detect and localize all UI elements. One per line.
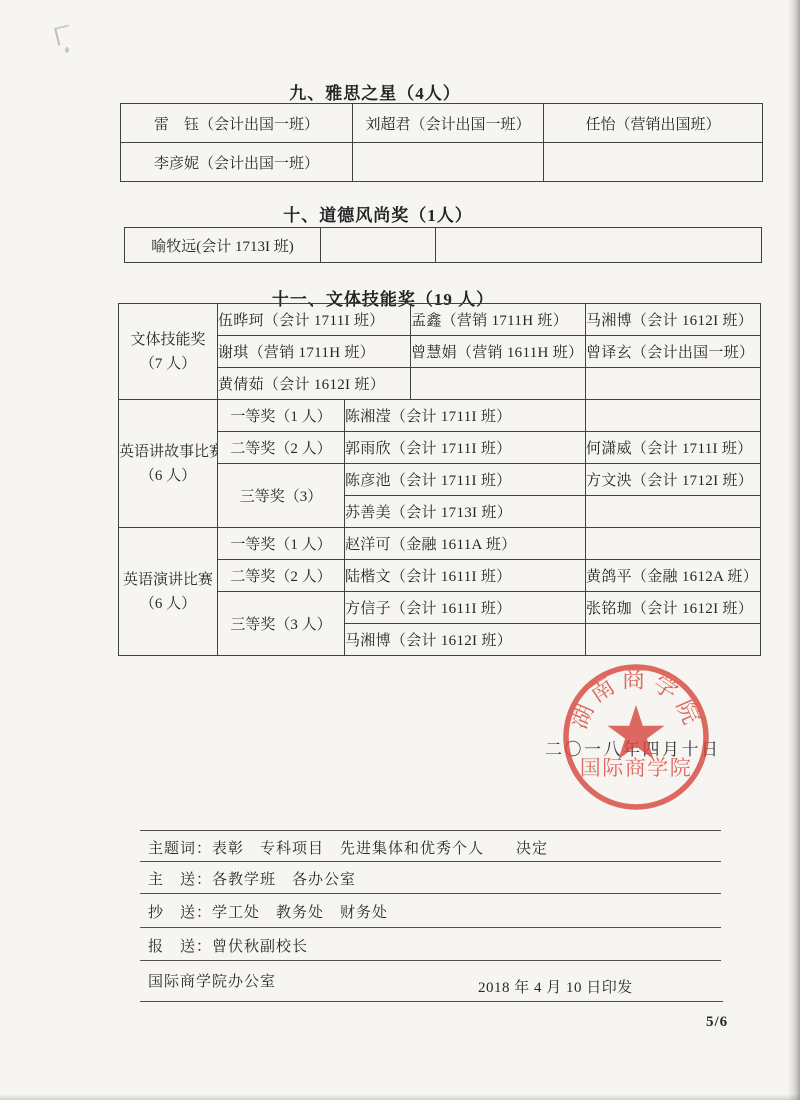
table-cell: 苏善美（会计 1713I 班） bbox=[345, 496, 586, 528]
table-cell: 刘超君（会计出国一班） bbox=[353, 104, 544, 143]
table-cell: 陆楷文（会计 1611I 班） bbox=[345, 560, 586, 592]
group-label: 文体技能奖 bbox=[119, 328, 217, 352]
section-title-morality: 十、道德风尚奖（1人） bbox=[118, 201, 638, 226]
table-cell: 陈湘滢（会计 1711I 班） bbox=[345, 400, 586, 432]
table-cell bbox=[353, 143, 544, 182]
group-count: （7 人） bbox=[119, 352, 217, 376]
table-cell: 张铭珈（会计 1612I 班） bbox=[586, 592, 761, 624]
table-cell: 谢琪（营销 1711H 班） bbox=[218, 336, 411, 368]
table-cell bbox=[586, 624, 761, 656]
table-cell bbox=[586, 528, 761, 560]
table-cell: 黄鸽平（金融 1612A 班） bbox=[586, 560, 761, 592]
table-cell bbox=[411, 368, 586, 400]
footer-rule bbox=[140, 830, 721, 831]
table-cell bbox=[586, 400, 761, 432]
footer-subject-row: 主题词：表彰 专科项目 先进集体和优秀个人 决定 bbox=[148, 837, 548, 858]
table-cell: 喻牧远(会计 1713I 班) bbox=[125, 228, 321, 263]
table-cell: 伍晔珂（会计 1711I 班） bbox=[218, 304, 411, 336]
table-row: 英语讲故事比赛 （6 人） 一等奖（1 人） 陈湘滢（会计 1711I 班） bbox=[119, 400, 761, 432]
table-cell bbox=[586, 496, 761, 528]
page-number: 5/6 bbox=[706, 1014, 728, 1031]
table-cell: 黄倩茹（会计 1612I 班） bbox=[218, 368, 411, 400]
table-cell: 方信子（会计 1611I 班） bbox=[345, 592, 586, 624]
footer-office: 国际商学院办公室 bbox=[148, 970, 276, 991]
table-row: 喻牧远(会计 1713I 班) bbox=[125, 228, 762, 263]
table-row: 英语演讲比赛 （6 人） 一等奖（1 人） 赵洋可（金融 1611A 班） bbox=[119, 528, 761, 560]
footer-copy-send-row: 抄 送：学工处 教务处 财务处 bbox=[148, 901, 388, 922]
table-cell: 李彦妮（会计出国一班） bbox=[121, 143, 353, 182]
tier-cell: 三等奖（3 人） bbox=[218, 592, 345, 656]
table-cell: 雷 钰（会计出国一班） bbox=[121, 104, 353, 143]
scan-edge-shadow bbox=[788, 0, 800, 1100]
table-row: 雷 钰（会计出国一班） 刘超君（会计出国一班） 任怡（营销出国班） bbox=[121, 104, 763, 143]
group-count: （6 人） bbox=[119, 592, 217, 616]
table-cell: 孟鑫（营销 1711H 班） bbox=[411, 304, 586, 336]
table-cell: 曾慧娟（营销 1611H 班） bbox=[411, 336, 586, 368]
ielts-table: 雷 钰（会计出国一班） 刘超君（会计出国一班） 任怡（营销出国班） 李彦妮（会计… bbox=[120, 103, 763, 182]
footer-print-date: 2018 年 4 月 10 日印发 bbox=[478, 976, 633, 997]
tier-cell: 二等奖（2 人） bbox=[218, 432, 345, 464]
footer-rule bbox=[140, 1001, 723, 1002]
footer-rule bbox=[140, 893, 721, 894]
group-label-cell: 文体技能奖 （7 人） bbox=[119, 304, 218, 400]
scan-edge-shadow bbox=[0, 1094, 800, 1100]
footer-report-send-row: 报 送：曾伏秋副校长 bbox=[148, 935, 308, 956]
footer-main-send-row: 主 送：各教学班 各办公室 bbox=[148, 868, 356, 889]
footer-rule bbox=[140, 861, 721, 862]
footer-rule bbox=[140, 927, 721, 928]
tier-cell: 三等奖（3） bbox=[218, 464, 345, 528]
group-label: 英语演讲比赛 bbox=[119, 568, 217, 592]
seal-inner-text: 国际商学院 bbox=[580, 756, 693, 780]
table-cell: 曾译玄（会计出国一班） bbox=[586, 336, 761, 368]
official-seal: 湖南商学院 国际商学院 bbox=[556, 657, 716, 817]
group-label-cell: 英语演讲比赛 （6 人） bbox=[119, 528, 218, 656]
morality-table: 喻牧远(会计 1713I 班) bbox=[124, 227, 762, 263]
table-cell: 任怡（营销出国班） bbox=[544, 104, 763, 143]
tier-cell: 一等奖（1 人） bbox=[218, 528, 345, 560]
seal-star-icon bbox=[608, 705, 665, 759]
group-label-cell: 英语讲故事比赛 （6 人） bbox=[119, 400, 218, 528]
document-page: 九、雅思之星（4人） 雷 钰（会计出国一班） 刘超君（会计出国一班） 任怡（营销… bbox=[0, 0, 800, 1100]
footer-rule bbox=[140, 960, 721, 961]
group-label: 英语讲故事比赛 bbox=[119, 440, 217, 464]
table-row: 文体技能奖 （7 人） 伍晔珂（会计 1711I 班） 孟鑫（营销 1711H … bbox=[119, 304, 761, 336]
table-cell: 马湘博（会计 1612I 班） bbox=[345, 624, 586, 656]
table-cell bbox=[544, 143, 763, 182]
table-cell: 何潇威（会计 1711I 班） bbox=[586, 432, 761, 464]
tier-cell: 二等奖（2 人） bbox=[218, 560, 345, 592]
scan-smudge bbox=[65, 47, 69, 53]
table-row: 李彦妮（会计出国一班） bbox=[121, 143, 763, 182]
table-cell: 郭雨欣（会计 1711I 班） bbox=[345, 432, 586, 464]
table-cell bbox=[586, 368, 761, 400]
scan-smudge bbox=[54, 24, 73, 45]
table-cell bbox=[321, 228, 436, 263]
table-cell: 陈彦池（会计 1711I 班） bbox=[345, 464, 586, 496]
table-cell bbox=[436, 228, 762, 263]
table-cell: 方文泱（会计 1712I 班） bbox=[586, 464, 761, 496]
table-cell: 赵洋可（金融 1611A 班） bbox=[345, 528, 586, 560]
section-title-ielts: 九、雅思之星（4人） bbox=[115, 79, 635, 104]
table-cell: 马湘博（会计 1612I 班） bbox=[586, 304, 761, 336]
skill-award-table: 文体技能奖 （7 人） 伍晔珂（会计 1711I 班） 孟鑫（营销 1711H … bbox=[118, 303, 761, 656]
group-count: （6 人） bbox=[119, 464, 217, 488]
tier-cell: 一等奖（1 人） bbox=[218, 400, 345, 432]
